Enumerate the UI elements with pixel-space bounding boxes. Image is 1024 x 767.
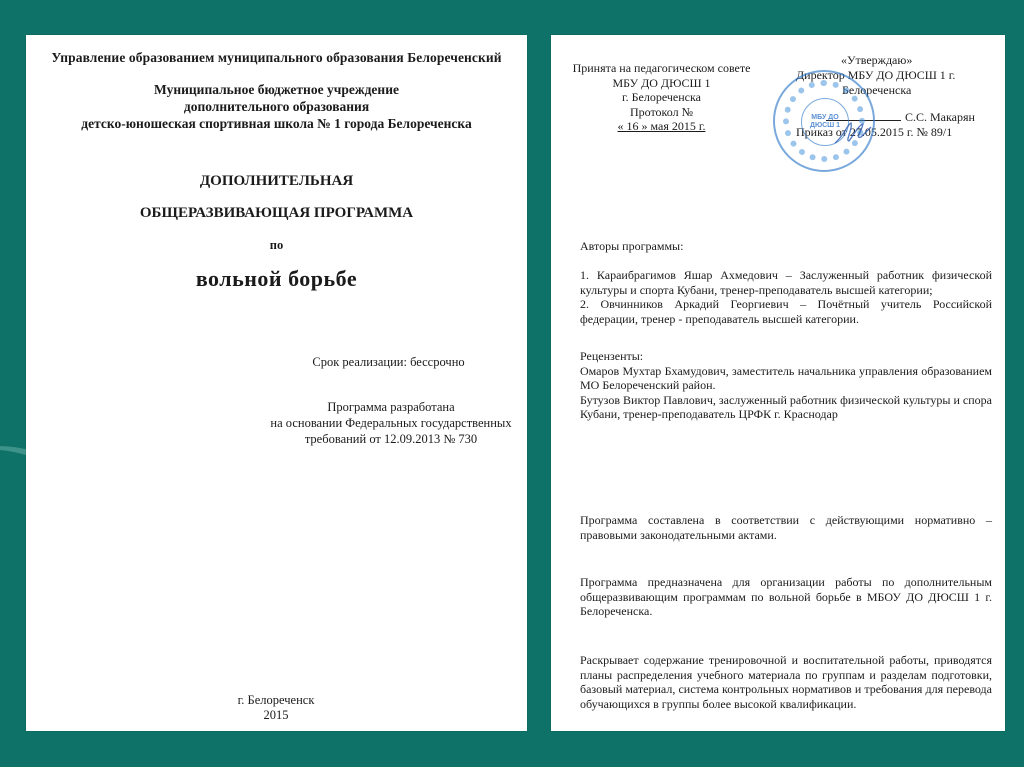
institution-line: дополнительного образования <box>26 98 527 115</box>
approval-page: Принята на педагогическом совете МБУ ДО … <box>551 35 1005 731</box>
program-title-line2: ОБЩЕРАЗВИВАЮЩАЯ ПРОГРАММА <box>26 205 527 222</box>
department-header: Управление образованием муниципального о… <box>26 50 527 66</box>
reviewer-item: Омаров Мухтар Бхамудович, заместитель на… <box>580 364 992 393</box>
purpose-paragraph: Программа предназначена для организации … <box>580 575 992 619</box>
reviewers-section: Рецензенты: Омаров Мухтар Бхамудович, за… <box>580 349 992 422</box>
accepted-line: Протокол № <box>559 105 764 120</box>
director-name: С.С. Макарян <box>905 110 975 124</box>
place-and-year: г. Белореченск 2015 <box>216 693 336 723</box>
signature-icon <box>833 119 873 147</box>
basis-line: требований от 12.09.2013 № 730 <box>251 431 531 447</box>
institution-name: Муниципальное бюджетное учреждение допол… <box>26 81 527 132</box>
implementation-term: Срок реализации: бессрочно <box>271 355 506 370</box>
content-paragraph: Раскрывает содержание тренировочной и во… <box>580 653 992 711</box>
city: г. Белореченск <box>216 693 336 708</box>
authors-list: 1. Караибрагимов Яшар Ахмедович – Заслуж… <box>580 268 992 326</box>
program-subject: вольной борьбе <box>26 266 527 292</box>
title-page: Управление образованием муниципального о… <box>26 35 527 731</box>
accepted-line: г. Белореченска <box>559 90 764 105</box>
institution-line: детско-юношеская спортивная школа № 1 го… <box>26 115 527 132</box>
approve-heading: «Утверждаю» <box>796 53 996 68</box>
accepted-block: Принята на педагогическом совете МБУ ДО … <box>559 61 764 134</box>
program-title-line1: ДОПОЛНИТЕЛЬНАЯ <box>26 173 527 190</box>
accepted-line: Принята на педагогическом совете <box>559 61 764 76</box>
reviewer-item: Бутузов Виктор Павлович, заслуженный раб… <box>580 393 992 422</box>
basis-line: на основании Федеральных государственных <box>251 415 531 431</box>
authors-heading: Авторы программы: <box>580 239 992 254</box>
basis-line: Программа разработана <box>251 399 531 415</box>
accepted-date: « 16 » мая 2015 г. <box>559 119 764 134</box>
reviewers-heading: Рецензенты: <box>580 349 992 364</box>
normative-paragraph: Программа составлена в соответствии с де… <box>580 513 992 542</box>
institution-line: Муниципальное бюджетное учреждение <box>26 81 527 98</box>
year: 2015 <box>216 708 336 723</box>
author-item: 1. Караибрагимов Яшар Ахмедович – Заслуж… <box>580 268 992 297</box>
program-title-preposition: по <box>26 238 527 253</box>
program-basis: Программа разработана на основании Федер… <box>251 399 531 447</box>
accepted-line: МБУ ДО ДЮСШ 1 <box>559 76 764 91</box>
author-item: 2. Овчинников Аркадий Георгиевич – Почёт… <box>580 297 992 326</box>
